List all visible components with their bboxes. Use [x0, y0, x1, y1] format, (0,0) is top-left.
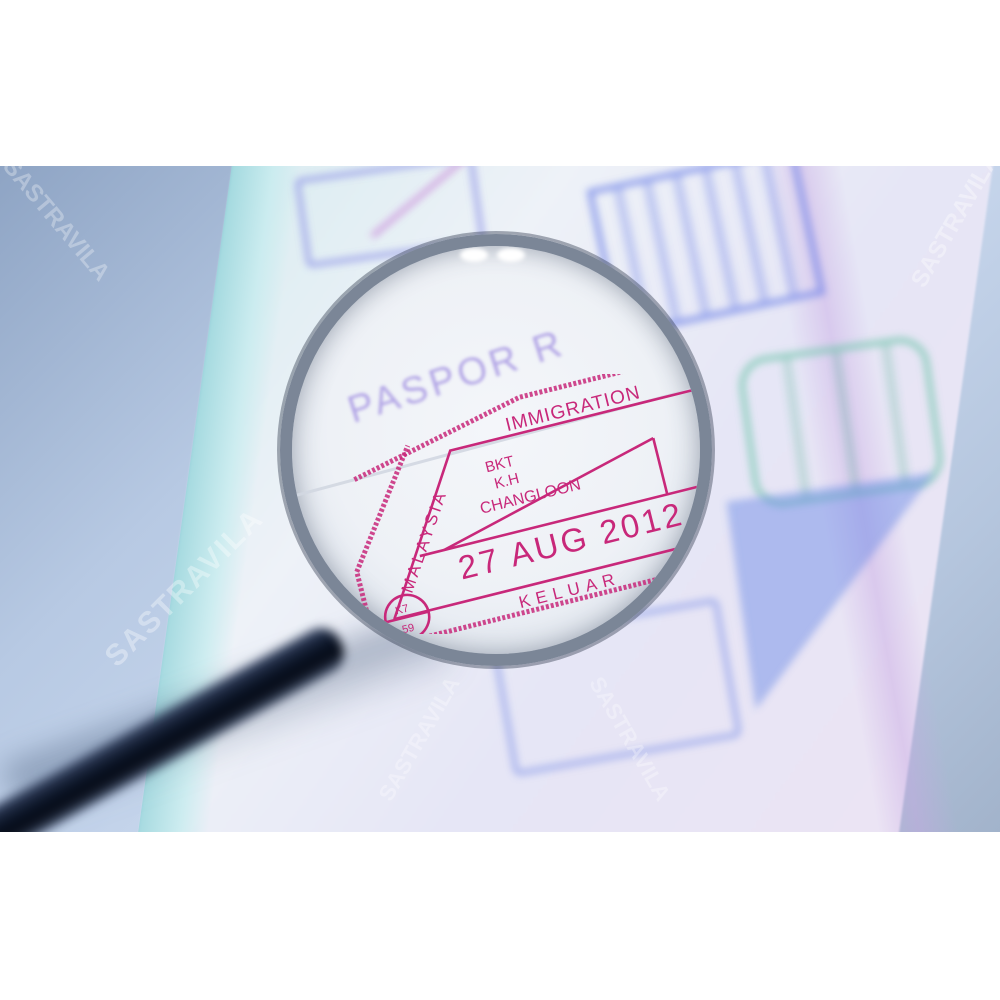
passport-photo: PASPOR R IMMIGRATION BKT K.H [0, 166, 1000, 832]
lens-glare [497, 248, 525, 262]
background-stamp-blue-triangle [726, 472, 963, 709]
immigration-stamp: IMMIGRATION BKT K.H CHANGLOON 27 AUG 201… [336, 374, 712, 634]
magnifying-glass-lens: PASPOR R IMMIGRATION BKT K.H [280, 234, 712, 666]
stamp-country: MALAYSIA [398, 487, 451, 595]
lens-glare [460, 248, 488, 262]
stamp-code-bottom: 59 [401, 622, 416, 634]
watermark: SASTRAVILA [0, 166, 115, 287]
